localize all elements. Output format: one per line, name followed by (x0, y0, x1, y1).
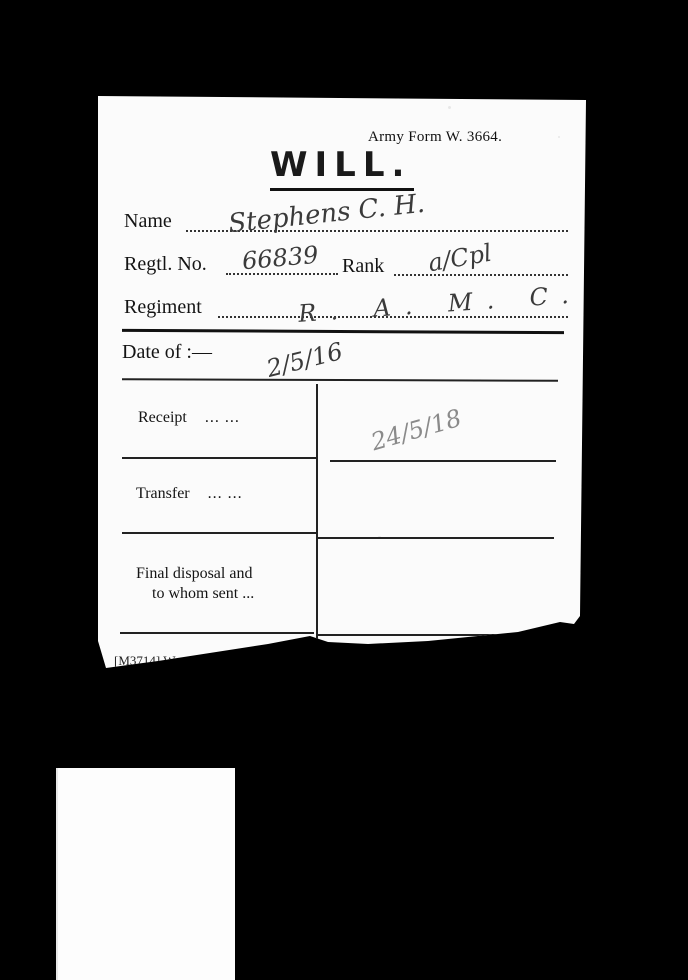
form-number: Army Form W. 3664. (368, 130, 502, 145)
rank-label: Rank (342, 256, 384, 276)
title-underline (270, 188, 414, 191)
final-disposal-label-line2: to whom sent ... (152, 586, 254, 602)
final-disposal-label-line1: Final disposal and (136, 566, 252, 582)
transfer-divider-left (122, 532, 316, 534)
regtl-no-value[interactable]: 66839 (241, 243, 319, 274)
regtl-no-label: Regtl. No. (124, 254, 207, 274)
receipt-divider-left (122, 457, 316, 459)
date-of-divider (122, 378, 558, 382)
form-title: WILL. (270, 148, 411, 182)
receipt-leader-dots: ... ... (205, 409, 240, 426)
date-of-label: Date of :— (122, 342, 212, 362)
will-form: Army Form W. 3664. WILL. Name Stephens C… (98, 96, 586, 676)
transfer-divider-right (318, 537, 554, 539)
name-label: Name (124, 211, 172, 231)
regiment-value[interactable]: R. A. M. C. (298, 282, 584, 326)
receipt-label: Receipt ... ... (138, 410, 240, 426)
regiment-label: Regiment (124, 297, 202, 317)
final-disposal-divider-left (120, 632, 314, 634)
blank-paper-slip (56, 768, 235, 980)
final-disposal-value[interactable] (332, 556, 558, 626)
receipt-value[interactable]: 24/5/18 (368, 406, 464, 455)
transfer-label-text: Transfer (136, 485, 190, 502)
receipt-label-text: Receipt (138, 409, 187, 426)
paper-speckle (558, 136, 560, 138)
transfer-value[interactable] (332, 480, 558, 540)
date-of-value[interactable]: 2/5/16 (264, 339, 345, 381)
paper-speckle (448, 106, 451, 109)
final-disposal-divider-right (318, 634, 498, 636)
table-column-divider (316, 384, 318, 642)
transfer-label: Transfer ... ... (136, 486, 243, 502)
receipt-divider-right (330, 460, 556, 462)
transfer-leader-dots: ... ... (208, 485, 243, 502)
header-divider (122, 329, 564, 334)
rank-value[interactable]: a/Cpl (426, 241, 493, 276)
rank-dotted-line (394, 274, 568, 276)
